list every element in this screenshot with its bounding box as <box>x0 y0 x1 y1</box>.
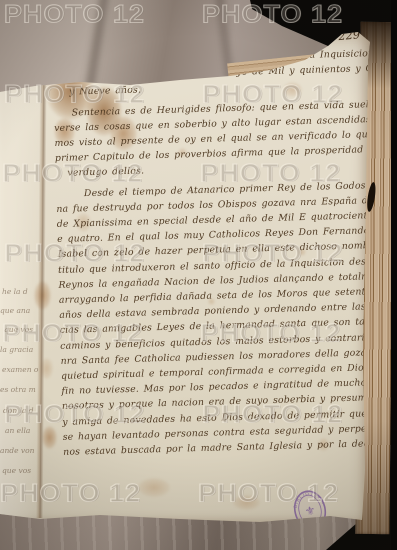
ink-stain <box>138 478 170 497</box>
margin-fragment: que vos <box>4 325 33 334</box>
ink-stain <box>233 495 260 510</box>
margin-fragment: que vos <box>2 466 31 475</box>
ink-stain <box>42 426 57 449</box>
margin-fragment: don la d <box>3 406 34 415</box>
margin-fragment: an ella <box>5 426 30 435</box>
photo-edge-strip <box>391 0 397 550</box>
margin-fragment: ande von <box>0 446 35 455</box>
fore-edge-mark <box>366 182 377 213</box>
margin-fragment: he la d <box>2 287 28 296</box>
manuscript-photograph: { "watermark": { "label": "PHOTO 12" }, … <box>0 0 397 550</box>
handwritten-text-block: Relacion verdadera del auto que se celeb… <box>52 43 379 460</box>
margin-fragment: examen o <box>2 365 38 374</box>
margin-fragment: que ana <box>0 306 30 315</box>
margin-fragment: la gracia <box>0 345 33 354</box>
manuscript-page: ↝ 229 he la d que ana que vos la gracia … <box>0 28 372 528</box>
margin-fragment: es otra m <box>0 385 36 394</box>
